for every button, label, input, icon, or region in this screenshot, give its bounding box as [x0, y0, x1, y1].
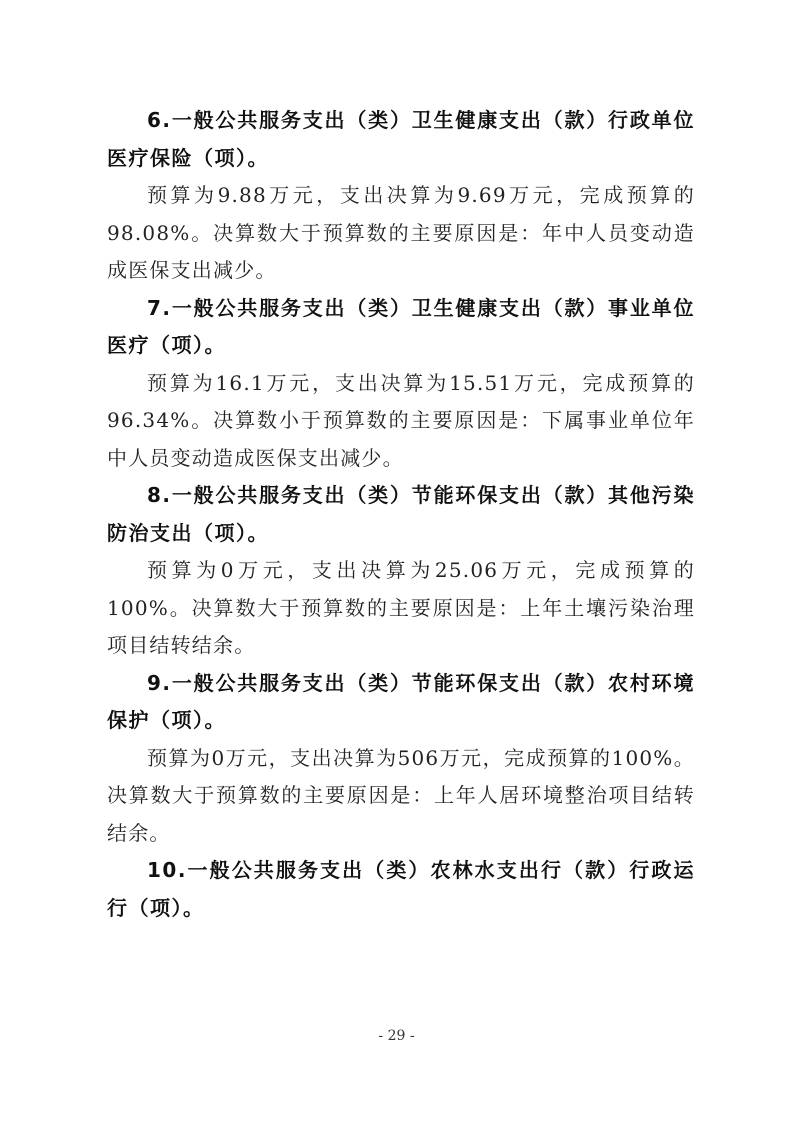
- section-body-9: 预算为0万元，支出决算为506万元，完成预算的100%。决算数大于预算数的主要原…: [107, 740, 695, 853]
- section-heading-10: 10.一般公共服务支出（类）农林水支出行（款）行政运行（项）。: [107, 852, 695, 927]
- section-body-7: 预算为16.1万元，支出决算为15.51万元，完成预算的96.34%。决算数小于…: [107, 365, 695, 478]
- section-body-6: 预算为9.88万元，支出决算为9.69万元，完成预算的98.08%。决算数大于预…: [107, 177, 695, 290]
- section-heading-7: 7.一般公共服务支出（类）卫生健康支出（款）事业单位医疗（项）。: [107, 290, 695, 365]
- page-number: - 29 -: [0, 1028, 793, 1044]
- document-page: 6.一般公共服务支出（类）卫生健康支出（款）行政单位医疗保险（项）。 预算为9.…: [107, 102, 695, 927]
- section-heading-6: 6.一般公共服务支出（类）卫生健康支出（款）行政单位医疗保险（项）。: [107, 102, 695, 177]
- section-heading-8: 8.一般公共服务支出（类）节能环保支出（款）其他污染防治支出（项）。: [107, 477, 695, 552]
- section-body-8: 预算为0万元，支出决算为25.06万元，完成预算的100%。决算数大于预算数的主…: [107, 552, 695, 665]
- section-heading-9: 9.一般公共服务支出（类）节能环保支出（款）农村环境保护（项）。: [107, 665, 695, 740]
